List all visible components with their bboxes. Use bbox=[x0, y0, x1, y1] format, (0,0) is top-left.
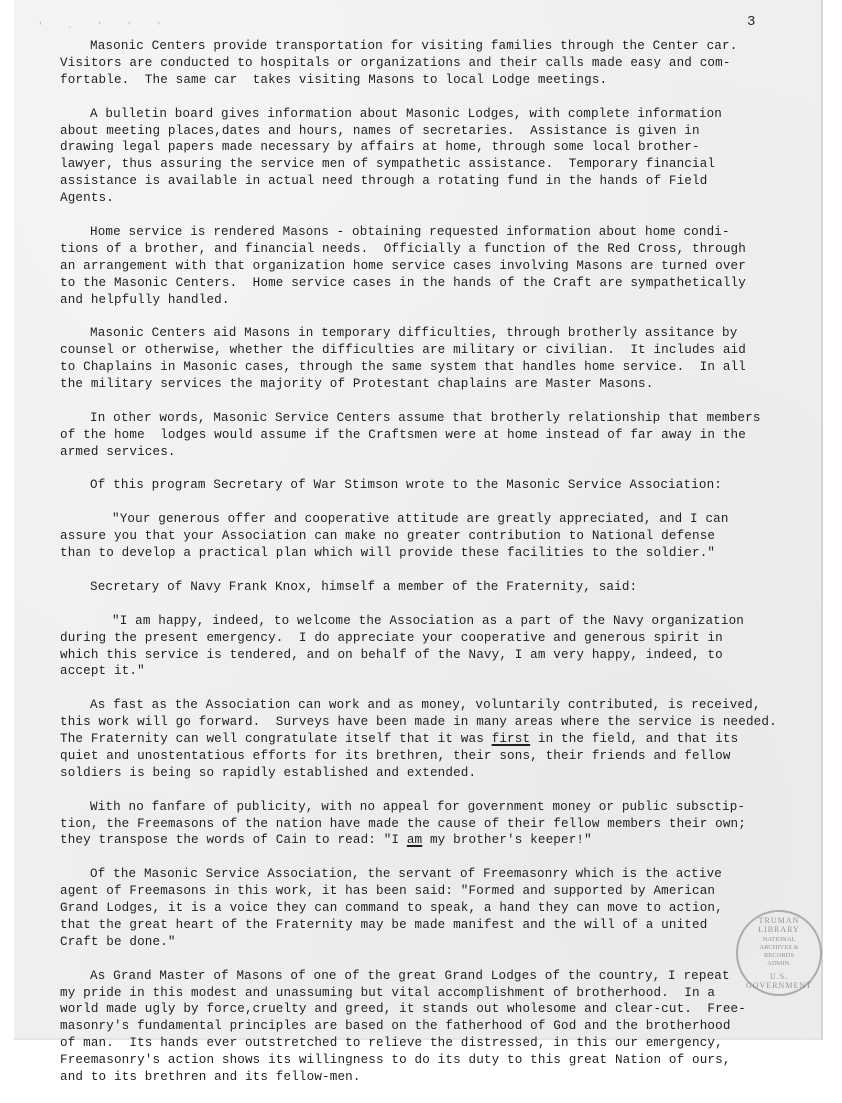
paragraph-temporary-difficulties: Masonic Centers aid Masons in temporary … bbox=[60, 325, 820, 393]
text-line: Secretary of Navy Frank Knox, himself a … bbox=[60, 579, 820, 596]
text-line: assistance is available in actual need t… bbox=[60, 173, 820, 190]
text-line: In other words, Masonic Service Centers … bbox=[60, 410, 820, 427]
text-line: agent of Freemasons in this work, it has… bbox=[60, 883, 820, 900]
document-body: Masonic Centers provide transportation f… bbox=[60, 38, 820, 1050]
stamp-ring-bottom: U.S. GOVERNMENT bbox=[738, 972, 820, 990]
text-line: tions of a brother, and financial needs.… bbox=[60, 241, 820, 258]
text-line: of the home lodges would assume if the C… bbox=[60, 427, 820, 444]
text-line: lawyer, thus assuring the service men of… bbox=[60, 156, 820, 173]
text-line: Of the Masonic Service Association, the … bbox=[60, 866, 820, 883]
text-line: "I am happy, indeed, to welcome the Asso… bbox=[60, 613, 820, 630]
paragraph-stimson-intro: Of this program Secretary of War Stimson… bbox=[60, 477, 820, 494]
text-line: assure you that your Association can mak… bbox=[60, 528, 820, 545]
underlined-emphasis: am bbox=[407, 833, 422, 847]
paragraph-bulletin-board: A bulletin board gives information about… bbox=[60, 106, 820, 207]
text-line: quiet and unostentatious efforts for its… bbox=[60, 748, 820, 765]
text-line: world made ugly by force,cruelty and gre… bbox=[60, 1001, 820, 1018]
text-line: A bulletin board gives information about… bbox=[60, 106, 820, 123]
text-line: drawing legal papers made necessary by a… bbox=[60, 139, 820, 156]
text-line: counsel or otherwise, whether the diffic… bbox=[60, 342, 820, 359]
text-line: "Your generous offer and cooperative att… bbox=[60, 511, 820, 528]
text-line: The Fraternity can well congratulate its… bbox=[60, 731, 820, 748]
paragraph-grand-master: As Grand Master of Masons of one of the … bbox=[60, 968, 820, 1050]
text-line: Of this program Secretary of War Stimson… bbox=[60, 477, 820, 494]
page-number: 3 bbox=[747, 14, 755, 30]
paragraph-in-other-words: In other words, Masonic Service Centers … bbox=[60, 410, 820, 461]
paper-specks: ' . ' ' ' bbox=[38, 22, 171, 32]
paragraph-no-fanfare: With no fanfare of publicity, with no ap… bbox=[60, 799, 820, 850]
text-line: this work will go forward. Surveys have … bbox=[60, 714, 820, 731]
text-line: Masonic Centers provide transportation f… bbox=[60, 38, 820, 55]
text-line: my pride in this modest and unassuming b… bbox=[60, 985, 820, 1002]
text-line: soldiers is being so rapidly established… bbox=[60, 765, 820, 782]
stamp-center: NATIONAL ARCHIVES & RECORDS ADMIN. bbox=[738, 936, 820, 968]
stamp-center-line: ARCHIVES & bbox=[738, 944, 820, 952]
text-line: that the great heart of the Fraternity m… bbox=[60, 917, 820, 934]
text-line: of man. Its hands ever outstretched to r… bbox=[60, 1035, 820, 1050]
text-line: armed services. bbox=[60, 444, 820, 461]
text-line: Masonic Centers aid Masons in temporary … bbox=[60, 325, 820, 342]
paragraph-knox-intro: Secretary of Navy Frank Knox, himself a … bbox=[60, 579, 820, 596]
text-line: Visitors are conducted to hospitals or o… bbox=[60, 55, 820, 72]
stamp-center-line: ADMIN. bbox=[738, 960, 820, 968]
paragraph-as-fast-as: As fast as the Association can work and … bbox=[60, 697, 820, 782]
text-line: than to develop a practical plan which w… bbox=[60, 545, 820, 562]
text-line: an arrangement with that organization ho… bbox=[60, 258, 820, 275]
text-line: masonry's fundamental principles are bas… bbox=[60, 1018, 820, 1035]
text-line: Agents. bbox=[60, 190, 820, 207]
archive-stamp: TRUMAN LIBRARY NATIONAL ARCHIVES & RECOR… bbox=[736, 910, 822, 996]
stamp-center-line: NATIONAL bbox=[738, 936, 820, 944]
text-line: With no fanfare of publicity, with no ap… bbox=[60, 799, 820, 816]
text-line: accept it." bbox=[60, 663, 820, 680]
paragraph-transportation: Masonic Centers provide transportation f… bbox=[60, 38, 820, 89]
text-line: to Chaplains in Masonic cases, through t… bbox=[60, 359, 820, 376]
text-line: As fast as the Association can work and … bbox=[60, 697, 820, 714]
text-line: Grand Lodges, it is a voice they can com… bbox=[60, 900, 820, 917]
text-line: to the Masonic Centers. Home service cas… bbox=[60, 275, 820, 292]
text-line: they transpose the words of Cain to read… bbox=[60, 832, 820, 849]
text-line: and helpfully handled. bbox=[60, 292, 820, 309]
text-line: which this service is tendered, and on b… bbox=[60, 647, 820, 664]
underlined-emphasis: first bbox=[492, 732, 531, 746]
text-line: As Grand Master of Masons of one of the … bbox=[60, 968, 820, 985]
stamp-center-line: RECORDS bbox=[738, 952, 820, 960]
stamp-ring-top: TRUMAN LIBRARY bbox=[738, 916, 820, 934]
document-page: ' . ' ' ' 3 Masonic Centers provide tran… bbox=[14, 0, 823, 1040]
text-line: Home service is rendered Masons - obtain… bbox=[60, 224, 820, 241]
text-line: during the present emergency. I do appre… bbox=[60, 630, 820, 647]
paragraph-msa-servant: Of the Masonic Service Association, the … bbox=[60, 866, 820, 951]
text-line: fortable. The same car takes visiting Ma… bbox=[60, 72, 820, 89]
paragraph-knox-quote: "I am happy, indeed, to welcome the Asso… bbox=[60, 613, 820, 681]
paragraph-stimson-quote: "Your generous offer and cooperative att… bbox=[60, 511, 820, 562]
paragraph-home-service: Home service is rendered Masons - obtain… bbox=[60, 224, 820, 309]
text-line: about meeting places,dates and hours, na… bbox=[60, 123, 820, 140]
text-line: the military services the majority of Pr… bbox=[60, 376, 820, 393]
text-line: tion, the Freemasons of the nation have … bbox=[60, 816, 820, 833]
text-line: Craft be done." bbox=[60, 934, 820, 951]
